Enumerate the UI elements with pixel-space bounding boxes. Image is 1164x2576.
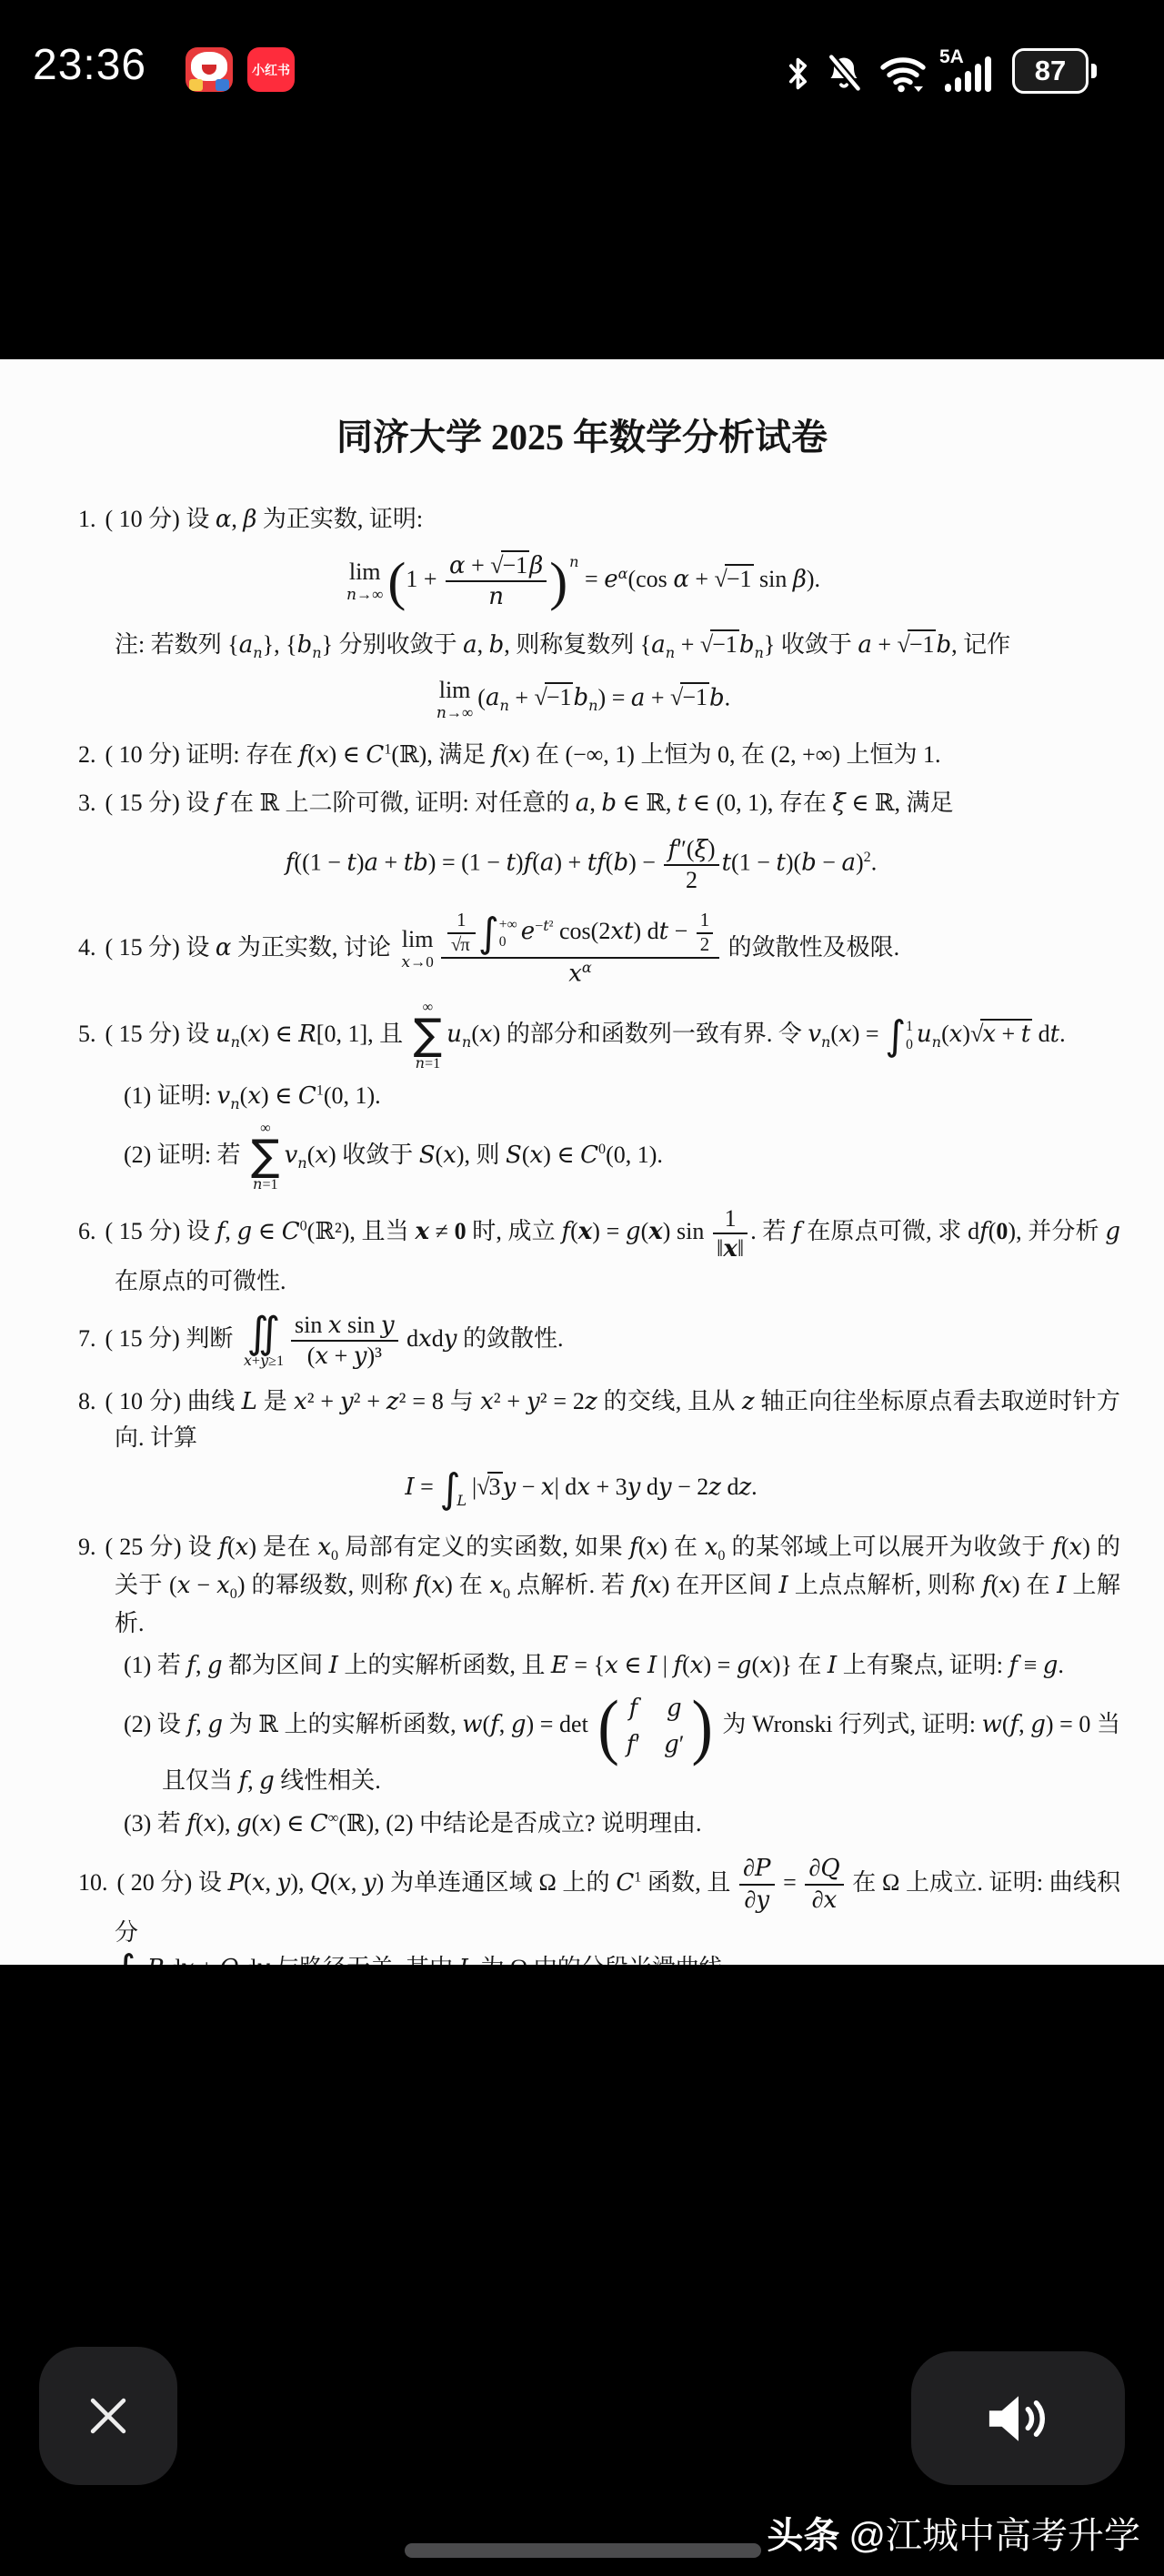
problem: 9.( 25 分) 设 f(x) 是在 x0 局部有定义的实函数, 如果 f(x… (78, 1529, 1120, 1843)
problem-text: ( 15 分) 设 α 为正实数, 讨论 limx→01√π∫+∞0e−t² c… (105, 934, 900, 961)
display-formula: limn→∞(1 + α + √−1βn)n = eα(cos α + √−1 … (78, 551, 1084, 611)
watermark-handle: @江城中高考升学 (848, 2516, 1140, 2556)
speaker-icon (983, 2390, 1054, 2447)
jd-icon-blue-patch (216, 79, 229, 91)
problem-text: ( 15 分) 设 f, g ∈ C0(ℝ²), 且当 x ≠ 0 时, 成立 … (105, 1218, 1120, 1294)
notifications-muted-icon (823, 53, 865, 93)
notification-app-icons: 小红书 (186, 47, 295, 92)
sub-item: (2) 设 f, g 为 ℝ 上的实解析函数, w(f, g) = det (f… (78, 1690, 1120, 1799)
status-bar-indicators: 5A 87 (786, 47, 1097, 93)
signal-bars (945, 56, 991, 92)
display-formula: f((1 − t)a + tb) = (1 − t)f(a) + tf(b) −… (78, 835, 1084, 894)
close-icon (82, 2390, 135, 2442)
problem-number: 9. (78, 1534, 96, 1560)
problem-text: 注: 若数列 {an}, {bn} 分别收敛于 a, b, 则称复数列 {an … (78, 627, 1120, 664)
problem: 5.( 15 分) 设 un(x) ∈ R[0, 1], 且 ∞∑n=1un(x… (78, 1001, 1120, 1192)
problem-number: 2. (78, 741, 96, 768)
wifi-icon (878, 53, 928, 93)
signal-strength-indicator: 5A (941, 49, 999, 93)
jd-app-icon (186, 47, 233, 92)
home-indicator[interactable] (405, 2543, 761, 2558)
problem-text: ( 15 分) 设 f 在 ℝ 上二阶可微, 证明: 对任意的 a, b ∈ ℝ… (105, 790, 954, 816)
problem: 8.( 10 分) 曲线 L 是 x² + y² + z² = 8 与 x² +… (78, 1384, 1120, 1514)
problem-number: 3. (78, 790, 96, 816)
problem-list: 1.( 10 分) 设 α, β 为正实数, 证明:limn→∞(1 + α +… (78, 501, 1120, 1965)
sub-item: (2) 证明: 若 ∞∑n=1vn(x) 收敛于 S(x), 则 S(x) ∈ … (78, 1122, 1120, 1192)
problem-text: ( 10 分) 证明: 存在 f(x) ∈ C1(ℝ), 满足 f(x) 在 (… (105, 741, 941, 768)
sub-item: (3) 若 f(x), g(x) ∈ C∞(ℝ), (2) 中结论是否成立? 说… (78, 1806, 1120, 1842)
problem-number: 4. (78, 934, 96, 961)
problem-number: 6. (78, 1218, 96, 1244)
clock-time: 23:36 (33, 40, 146, 90)
problem-text: ( 15 分) 设 un(x) ∈ R[0, 1], 且 ∞∑n=1un(x) … (105, 1021, 1066, 1047)
watermark: 头条@江城中高考升学 (767, 2507, 1140, 2559)
page-title: 同济大学 2025 年数学分析试卷 (44, 410, 1120, 465)
problem: 4.( 15 分) 设 α 为正实数, 讨论 limx→01√π∫+∞0e−t²… (78, 910, 1120, 989)
problem-text: ( 15 分) 判断 ∬x+y≥1sin x sin y(x + y)³ dxd… (105, 1325, 564, 1352)
sub-item: (1) 证明: vn(x) ∈ C1(0, 1). (78, 1078, 1120, 1115)
battery-level: 87 (1035, 55, 1066, 87)
display-formula: limn→∞(an + √−1bn) = a + √−1b. (78, 679, 1084, 721)
problem-text: ( 10 分) 设 α, β 为正实数, 证明: (105, 506, 424, 532)
jd-icon-yellow-patch (189, 79, 203, 91)
problem-number: 8. (78, 1388, 96, 1414)
problem: 7.( 15 分) 判断 ∬x+y≥1sin x sin y(x + y)³ d… (78, 1311, 1120, 1371)
exam-page: 同济大学 2025 年数学分析试卷 1.( 10 分) 设 α, β 为正实数,… (0, 359, 1164, 1965)
watermark-brand: 头条 (767, 2516, 839, 2556)
problem-number: 7. (78, 1325, 96, 1352)
close-button[interactable] (39, 2347, 177, 2485)
sub-item: (1) 若 f, g 都为区间 I 上的实解析函数, 且 E = {x ∈ I … (78, 1647, 1120, 1684)
problem-number: 5. (78, 1021, 96, 1047)
problem: 3.( 15 分) 设 f 在 ℝ 上二阶可微, 证明: 对任意的 a, b ∈… (78, 785, 1120, 894)
battery-body: 87 (1012, 48, 1089, 94)
xiaohongshu-app-icon: 小红书 (247, 47, 295, 92)
problem-text: ( 20 分) 设 P(x, y), Q(x, y) 为单连通区域 Ω 上的 C… (115, 1869, 1120, 1946)
problem: 10.( 20 分) 设 P(x, y), Q(x, y) 为单连通区域 Ω 上… (78, 1854, 1120, 1965)
problem-number: 1. (78, 506, 96, 532)
problem: 6.( 15 分) 设 f, g ∈ C0(ℝ²), 且当 x ≠ 0 时, 成… (78, 1204, 1120, 1299)
xiaohongshu-label: 小红书 (252, 61, 290, 79)
problem: 2.( 10 分) 证明: 存在 f(x) ∈ C1(ℝ), 满足 f(x) 在… (78, 737, 1120, 773)
display-formula: I = ∫L|√3y − x| dx + 3y dy − 2z dz. (78, 1469, 1084, 1514)
problem-text: ∫LP dx + Q dy 与路径无关, 其中 L 为 Ω 中的分段光滑曲线. (78, 1950, 1120, 1965)
bluetooth-icon (786, 55, 810, 93)
battery-indicator: 87 (1012, 49, 1097, 93)
battery-cap (1091, 64, 1097, 78)
problem-text: ( 25 分) 设 f(x) 是在 x0 局部有定义的实函数, 如果 f(x) … (105, 1534, 1120, 1637)
problem: 1.( 10 分) 设 α, β 为正实数, 证明:limn→∞(1 + α +… (78, 501, 1120, 721)
problem-text: ( 10 分) 曲线 L 是 x² + y² + z² = 8 与 x² + y… (105, 1388, 1120, 1451)
problem-number: 10. (78, 1869, 108, 1896)
volume-button[interactable] (911, 2351, 1125, 2485)
exam-page-content: 同济大学 2025 年数学分析试卷 1.( 10 分) 设 α, β 为正实数,… (0, 359, 1164, 1965)
